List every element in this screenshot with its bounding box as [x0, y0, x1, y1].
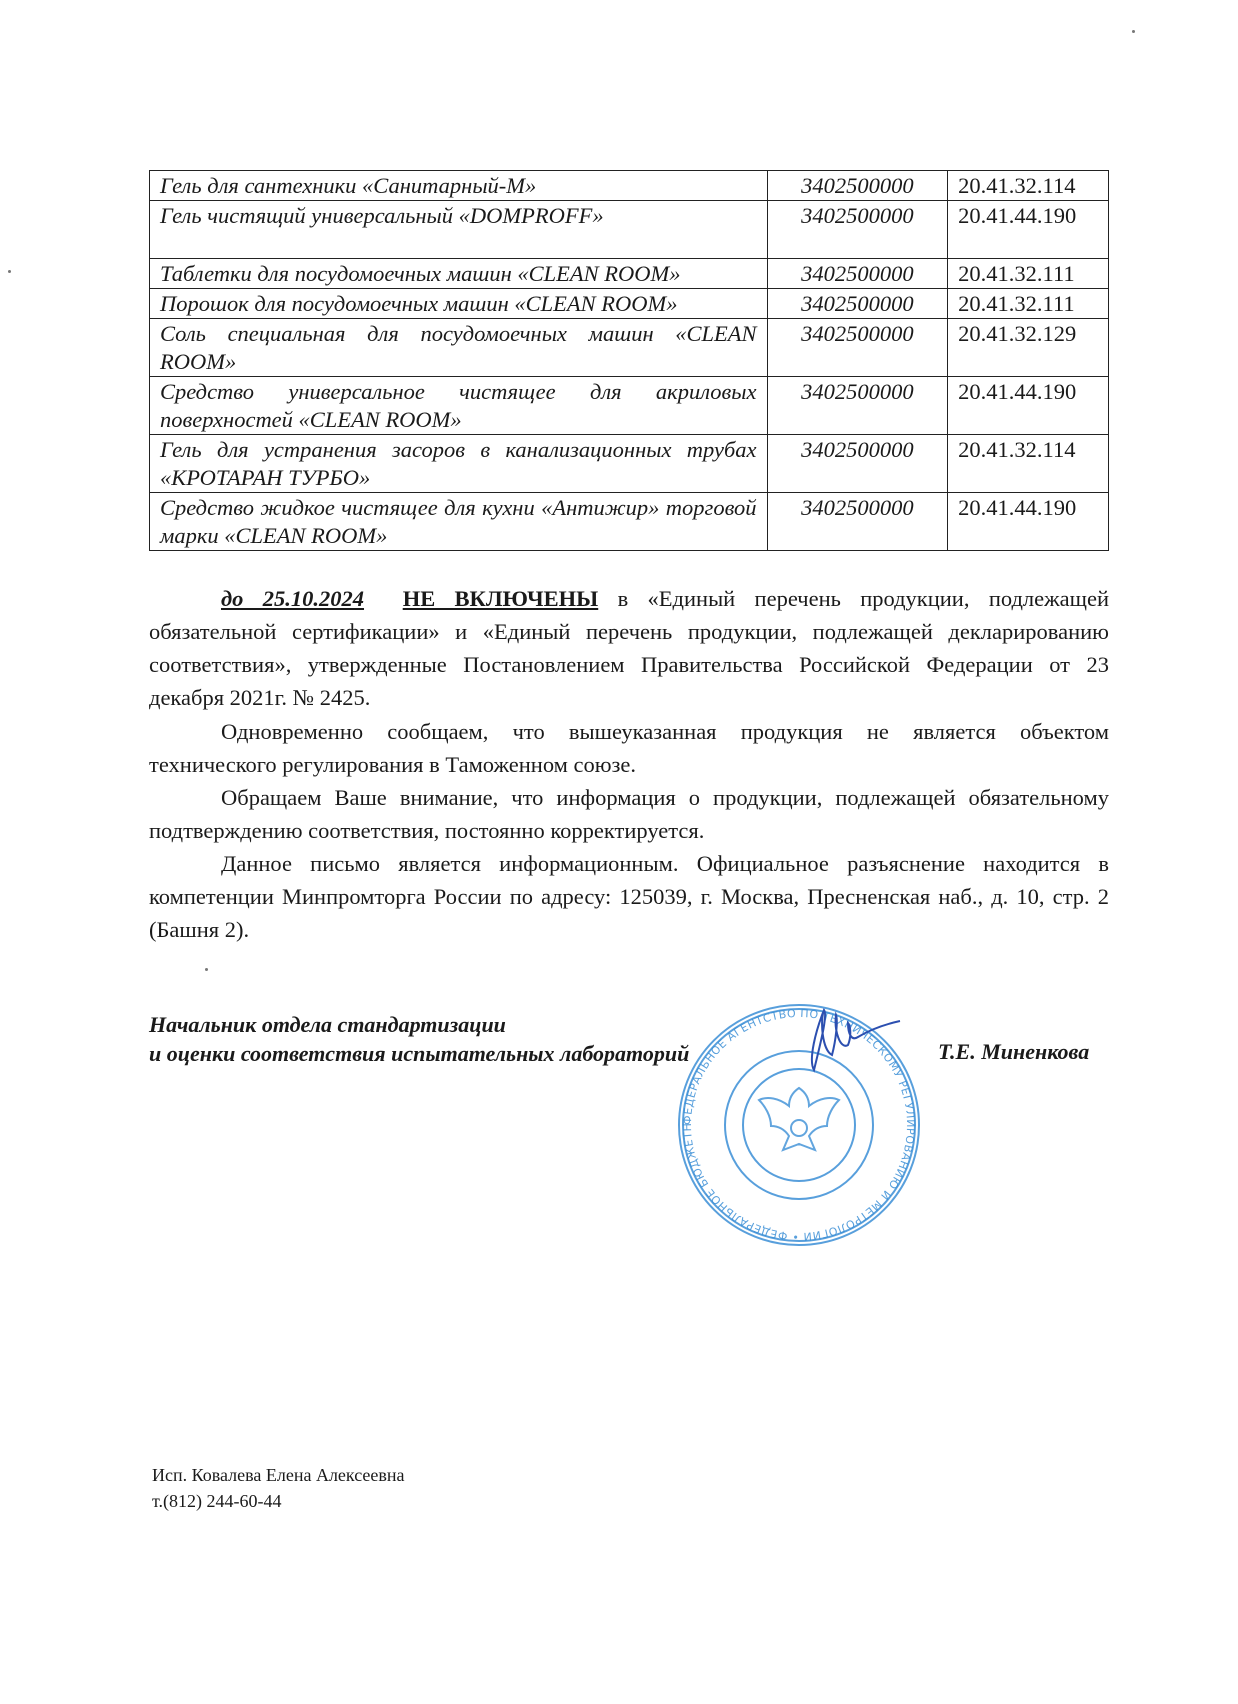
table-row: Порошок для посудомоечных машин «CLEAN R…	[150, 289, 1109, 319]
cell-okpd: 20.41.44.190	[948, 493, 1109, 551]
cell-name: Соль специальная для посудомоечных машин…	[150, 319, 768, 377]
cell-tnved: 3402500000	[767, 319, 948, 377]
signatory-position: Начальник отдела стандартизации и оценки…	[149, 1010, 689, 1068]
not-included-label: НЕ ВКЛЮЧЕНЫ	[403, 586, 599, 611]
cell-okpd: 20.41.32.114	[948, 171, 1109, 201]
paragraph-not-included: до 25.10.2024 НЕ ВКЛЮЧЕНЫ в «Единый пере…	[149, 582, 1109, 714]
cell-name: Средство жидкое чистящее для кухни «Анти…	[150, 493, 768, 551]
table-row: Соль специальная для посудомоечных машин…	[150, 319, 1109, 377]
table-row: Средство жидкое чистящее для кухни «Анти…	[150, 493, 1109, 551]
table-row: Гель чистящий универсальный «DOMPROFF»34…	[150, 201, 1109, 259]
cell-tnved: 3402500000	[767, 201, 948, 259]
cell-tnved: 3402500000	[767, 171, 948, 201]
scan-speck	[1132, 30, 1135, 33]
table-row: Гель для сантехники «Санитарный-М»340250…	[150, 171, 1109, 201]
cell-okpd: 20.41.32.129	[948, 319, 1109, 377]
executor-info: Исп. Ковалева Елена Алексеевна т.(812) 2…	[152, 1462, 405, 1514]
cell-okpd: 20.41.32.114	[948, 435, 1109, 493]
cell-name: Гель для устранения засоров в канализаци…	[150, 435, 768, 493]
cell-tnved: 3402500000	[767, 435, 948, 493]
cell-okpd: 20.41.44.190	[948, 377, 1109, 435]
letter-page: Гель для сантехники «Санитарный-М»340250…	[0, 0, 1238, 1704]
table-row: Гель для устранения засоров в канализаци…	[150, 435, 1109, 493]
executor-phone: т.(812) 244-60-44	[152, 1488, 405, 1514]
scan-speck	[8, 270, 11, 273]
cell-name: Порошок для посудомоечных машин «CLEAN R…	[150, 289, 768, 319]
official-stamp-icon: ФЕДЕРАЛЬНОЕ АГЕНТСТВО ПО ТЕХНИЧЕСКОМУ РЕ…	[674, 1000, 924, 1250]
table-row: Средство универсальное чистящее для акри…	[150, 377, 1109, 435]
signatory-name: Т.Е. Миненкова	[938, 1039, 1089, 1065]
cell-tnved: 3402500000	[767, 493, 948, 551]
cell-okpd: 20.41.32.111	[948, 259, 1109, 289]
cell-tnved: 3402500000	[767, 289, 948, 319]
paragraph-informational: Данное письмо является информационным. О…	[149, 847, 1109, 946]
cell-name: Средство универсальное чистящее для акри…	[150, 377, 768, 435]
cell-tnved: 3402500000	[767, 259, 948, 289]
cell-name: Гель чистящий универсальный «DOMPROFF»	[150, 201, 768, 259]
deadline-date: до 25.10.2024	[221, 586, 364, 611]
table-row: Таблетки для посудомоечных машин «CLEAN …	[150, 259, 1109, 289]
products-table: Гель для сантехники «Санитарный-М»340250…	[149, 170, 1109, 551]
cell-name: Гель для сантехники «Санитарный-М»	[150, 171, 768, 201]
cell-tnved: 3402500000	[767, 377, 948, 435]
cell-okpd: 20.41.44.190	[948, 201, 1109, 259]
cell-name: Таблетки для посудомоечных машин «CLEAN …	[150, 259, 768, 289]
scan-speck	[205, 968, 208, 971]
executor-name: Исп. Ковалева Елена Алексеевна	[152, 1462, 405, 1488]
paragraph-attention: Обращаем Ваше внимание, что информация о…	[149, 781, 1109, 847]
paragraph-technical-regulation: Одновременно сообщаем, что вышеуказанная…	[149, 715, 1109, 781]
cell-okpd: 20.41.32.111	[948, 289, 1109, 319]
